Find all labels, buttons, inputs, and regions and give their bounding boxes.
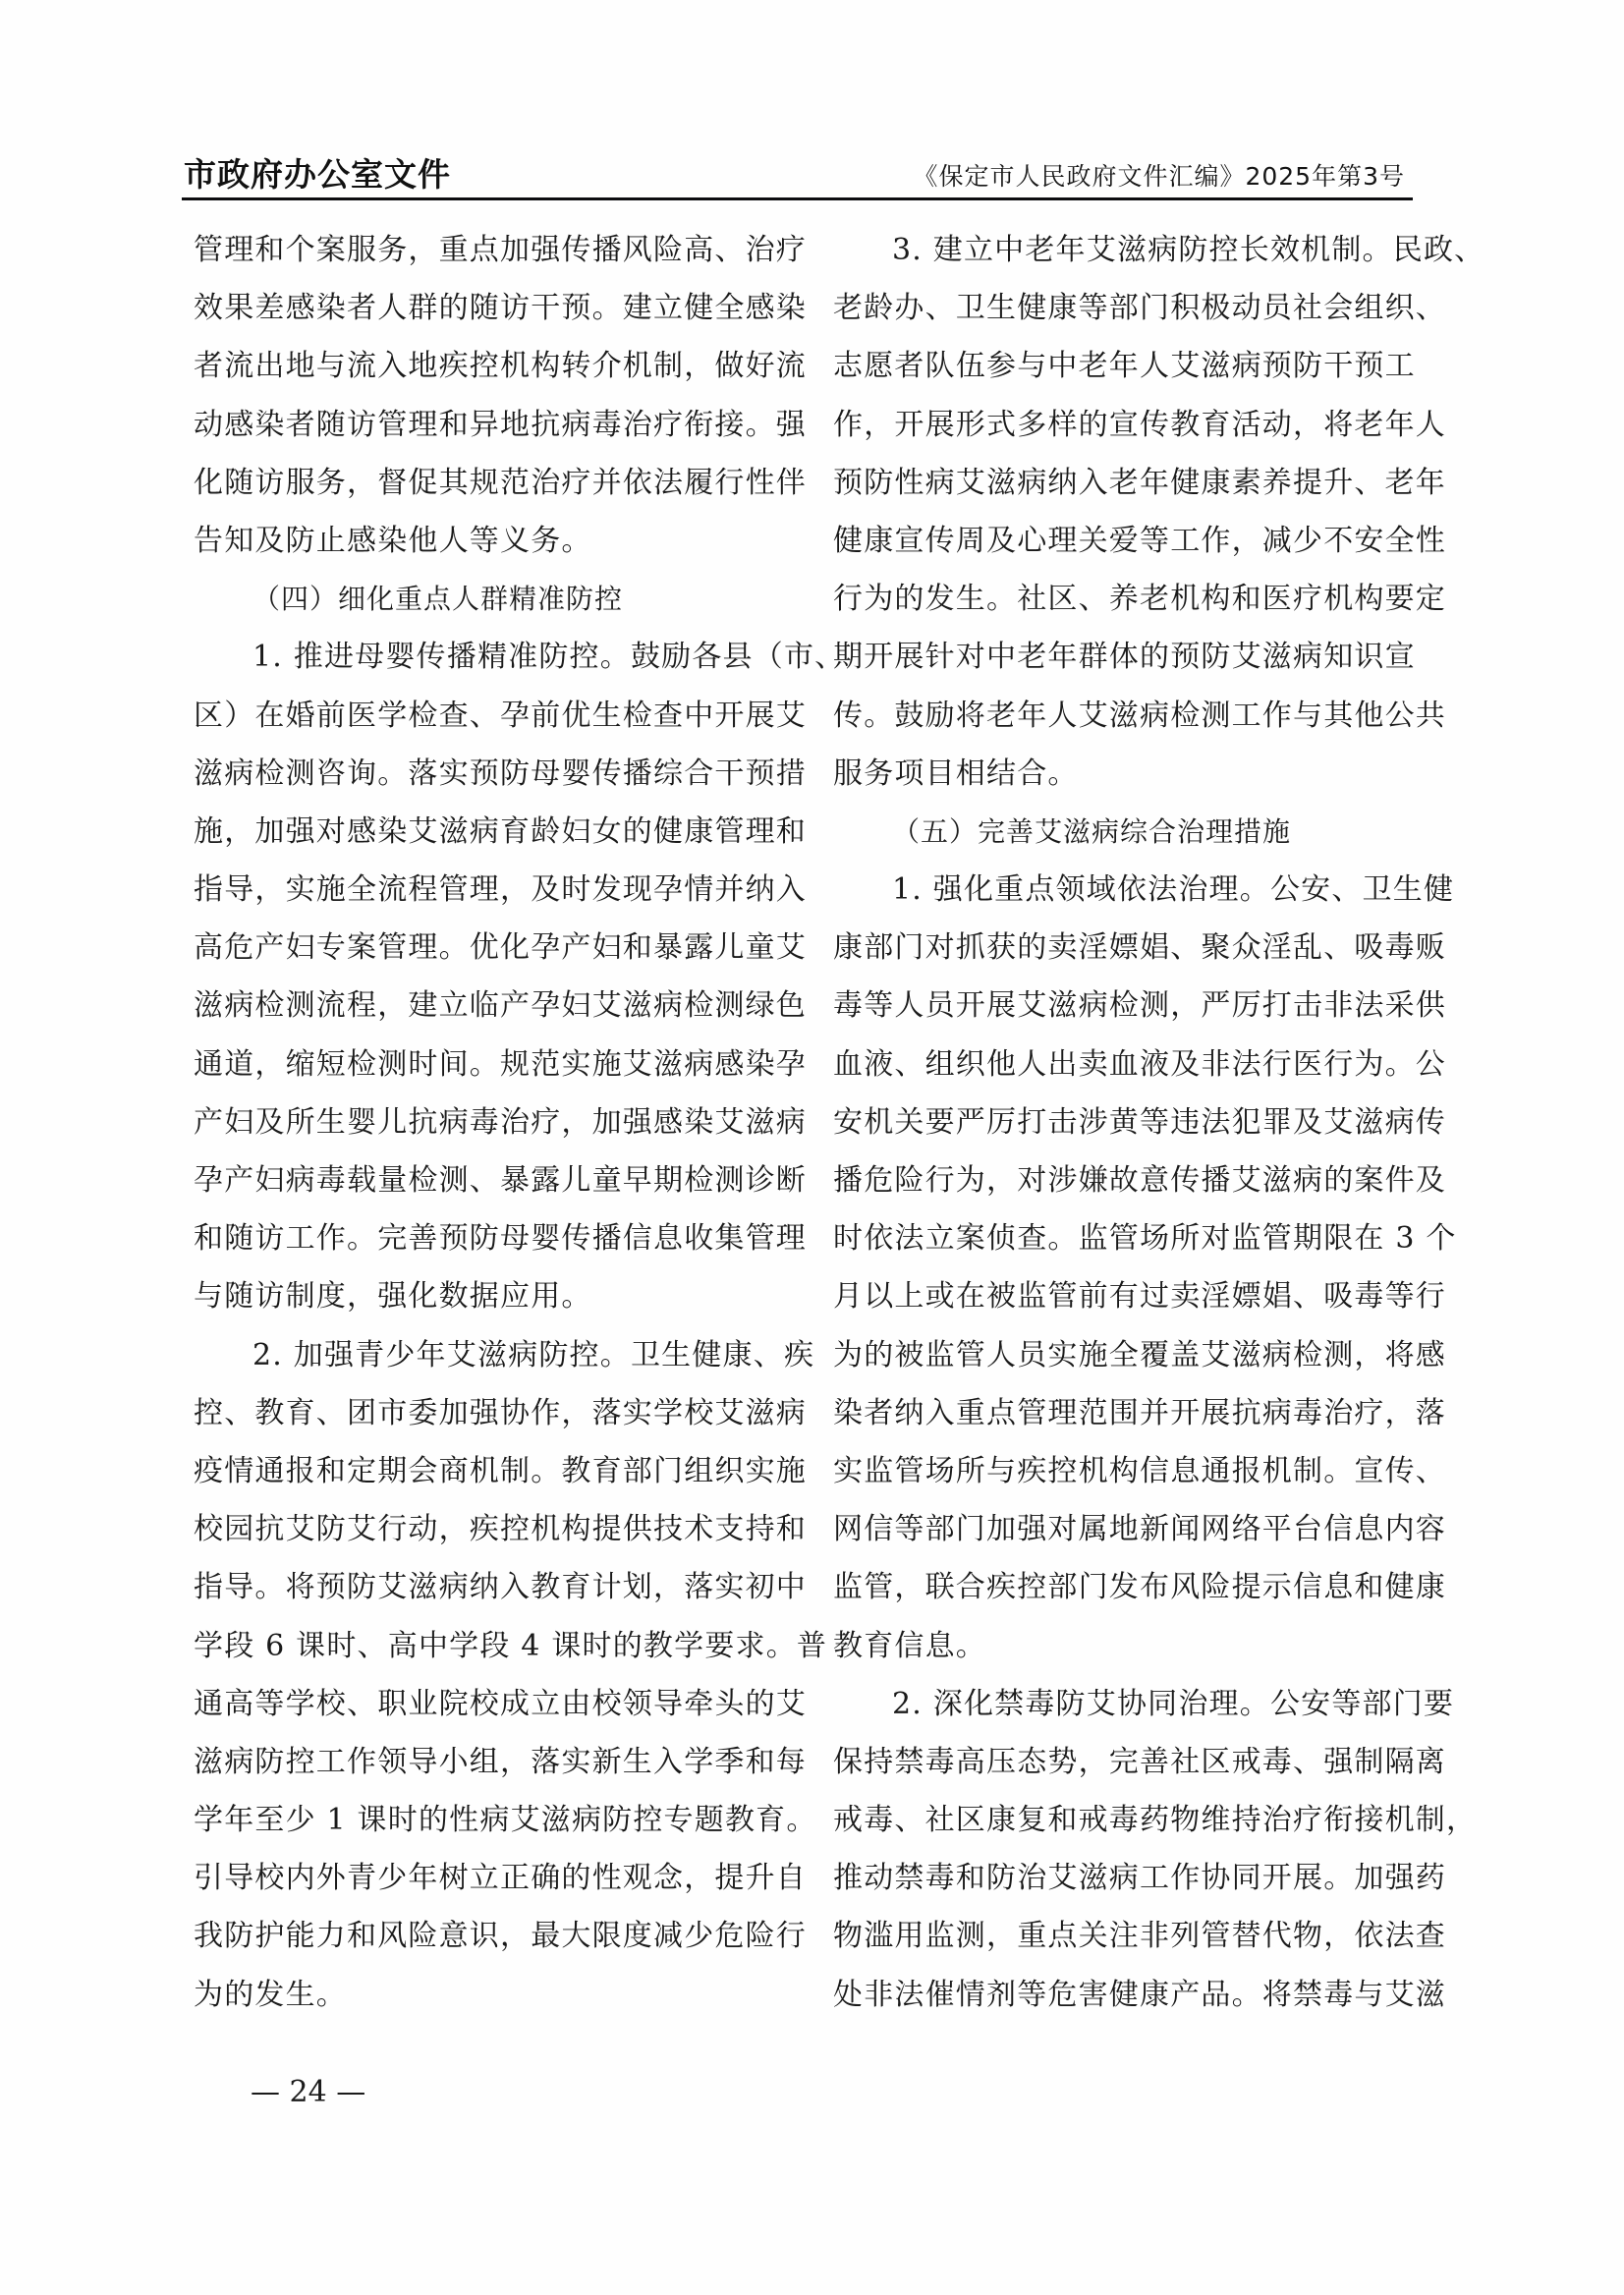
text-line: 服务项目相结合。 bbox=[833, 745, 1442, 803]
text-line: 我防护能力和风险意识，最大限度减少危险行 bbox=[194, 1907, 803, 1965]
text-line: 滋病防控工作领导小组，落实新生入学季和每 bbox=[194, 1733, 803, 1791]
text-line: 时依法立案侦查。监管场所对监管期限在 3 个 bbox=[833, 1209, 1442, 1267]
text-line: 学年至少 1 课时的性病艾滋病防控专题教育。 bbox=[194, 1791, 803, 1849]
text-line: 毒等人员开展艾滋病检测，严厉打击非法采供 bbox=[833, 977, 1442, 1035]
text-line: 健康宣传周及心理关爱等工作，减少不安全性 bbox=[833, 512, 1442, 570]
text-line: 孕产妇病毒载量检测、暴露儿童早期检测诊断 bbox=[194, 1151, 803, 1209]
left-text-column: 管理和个案服务，重点加强传播风险高、治疗效果差感染者人群的随访干预。建立健全感染… bbox=[194, 221, 803, 2024]
text-line: 滋病检测咨询。落实预防母婴传播综合干预措 bbox=[194, 745, 803, 803]
text-line: 1. 推进母婴传播精准防控。鼓励各县（市、 bbox=[194, 628, 803, 686]
text-line: 管理和个案服务，重点加强传播风险高、治疗 bbox=[194, 221, 803, 279]
text-line: 2. 加强青少年艾滋病防控。卫生健康、疾 bbox=[194, 1326, 803, 1384]
section-heading: （五）完善艾滋病综合治理措施 bbox=[833, 803, 1442, 861]
text-line: 疫情通报和定期会商机制。教育部门组织实施 bbox=[194, 1442, 803, 1500]
text-line: 传。鼓励将老年人艾滋病检测工作与其他公共 bbox=[833, 687, 1442, 745]
text-line: 区）在婚前医学检查、孕前优生检查中开展艾 bbox=[194, 687, 803, 745]
text-line: 染者纳入重点管理范围并开展抗病毒治疗，落 bbox=[833, 1384, 1442, 1442]
text-line: 实监管场所与疾控机构信息通报机制。宣传、 bbox=[833, 1442, 1442, 1500]
text-line: 播危险行为，对涉嫌故意传播艾滋病的案件及 bbox=[833, 1151, 1442, 1209]
text-line: 作，开展形式多样的宣传教育活动，将老年人 bbox=[833, 396, 1442, 454]
header-office-title: 市政府办公室文件 bbox=[184, 155, 451, 195]
section-heading: （四）细化重点人群精准防控 bbox=[194, 570, 803, 628]
text-line: 动感染者随访管理和异地抗病毒治疗衔接。强 bbox=[194, 396, 803, 454]
text-line: 月以上或在被监管前有过卖淫嫖娼、吸毒等行 bbox=[833, 1267, 1442, 1325]
text-line: 保持禁毒高压态势，完善社区戒毒、强制隔离 bbox=[833, 1733, 1442, 1791]
text-line: 效果差感染者人群的随访干预。建立健全感染 bbox=[194, 279, 803, 337]
text-line: 高危产妇专案管理。优化孕产妇和暴露儿童艾 bbox=[194, 919, 803, 977]
text-line: 教育信息。 bbox=[833, 1617, 1442, 1675]
text-line: 推动禁毒和防治艾滋病工作协同开展。加强药 bbox=[833, 1849, 1442, 1907]
text-line: 通道，缩短检测时间。规范实施艾滋病感染孕 bbox=[194, 1036, 803, 1093]
text-line: 指导。将预防艾滋病纳入教育计划，落实初中 bbox=[194, 1558, 803, 1616]
text-line: 控、教育、团市委加强协作，落实学校艾滋病 bbox=[194, 1384, 803, 1442]
text-line: 者流出地与流入地疾控机构转介机制，做好流 bbox=[194, 337, 803, 395]
text-line: 行为的发生。社区、养老机构和医疗机构要定 bbox=[833, 570, 1442, 628]
text-line: 指导，实施全流程管理，及时发现孕情并纳入 bbox=[194, 861, 803, 919]
running-header: 市政府办公室文件 《保定市人民政府文件汇编》2025年第3号 bbox=[182, 155, 1413, 200]
document-page: 市政府办公室文件 《保定市人民政府文件汇编》2025年第3号 管理和个案服务，重… bbox=[0, 0, 1624, 2295]
page-number: — 24 — bbox=[251, 2073, 365, 2112]
text-line: 老龄办、卫生健康等部门积极动员社会组织、 bbox=[833, 279, 1442, 337]
right-text-column: 3. 建立中老年艾滋病防控长效机制。民政、老龄办、卫生健康等部门积极动员社会组织… bbox=[833, 221, 1442, 2024]
text-line: 网信等部门加强对属地新闻网络平台信息内容 bbox=[833, 1500, 1442, 1558]
text-line: 处非法催情剂等危害健康产品。将禁毒与艾滋 bbox=[833, 1966, 1442, 2024]
text-line: 施，加强对感染艾滋病育龄妇女的健康管理和 bbox=[194, 803, 803, 861]
text-line: 告知及防止感染他人等义务。 bbox=[194, 512, 803, 570]
text-line: 化随访服务，督促其规范治疗并依法履行性伴 bbox=[194, 454, 803, 512]
text-line: 康部门对抓获的卖淫嫖娼、聚众淫乱、吸毒贩 bbox=[833, 919, 1442, 977]
text-line: 期开展针对中老年群体的预防艾滋病知识宣 bbox=[833, 628, 1442, 686]
text-line: 血液、组织他人出卖血液及非法行医行为。公 bbox=[833, 1036, 1442, 1093]
text-line: 学段 6 课时、高中学段 4 课时的教学要求。普 bbox=[194, 1617, 803, 1675]
text-line: 预防性病艾滋病纳入老年健康素养提升、老年 bbox=[833, 454, 1442, 512]
text-line: 为的被监管人员实施全覆盖艾滋病检测，将感 bbox=[833, 1326, 1442, 1384]
text-line: 产妇及所生婴儿抗病毒治疗，加强感染艾滋病 bbox=[194, 1093, 803, 1151]
text-line: 1. 强化重点领域依法治理。公安、卫生健 bbox=[833, 861, 1442, 919]
text-line: 与随访制度，强化数据应用。 bbox=[194, 1267, 803, 1325]
text-line: 安机关要严厉打击涉黄等违法犯罪及艾滋病传 bbox=[833, 1093, 1442, 1151]
text-line: 志愿者队伍参与中老年人艾滋病预防干预工 bbox=[833, 337, 1442, 395]
text-line: 2. 深化禁毒防艾协同治理。公安等部门要 bbox=[833, 1675, 1442, 1733]
text-line: 3. 建立中老年艾滋病防控长效机制。民政、 bbox=[833, 221, 1442, 279]
text-line: 为的发生。 bbox=[194, 1966, 803, 2024]
header-publication-title: 《保定市人民政府文件汇编》2025年第3号 bbox=[913, 159, 1405, 195]
text-line: 监管，联合疾控部门发布风险提示信息和健康 bbox=[833, 1558, 1442, 1616]
text-line: 物滥用监测，重点关注非列管替代物，依法查 bbox=[833, 1907, 1442, 1965]
text-line: 通高等学校、职业院校成立由校领导牵头的艾 bbox=[194, 1675, 803, 1733]
text-line: 引导校内外青少年树立正确的性观念，提升自 bbox=[194, 1849, 803, 1907]
header-divider bbox=[182, 197, 1413, 200]
text-line: 校园抗艾防艾行动，疾控机构提供技术支持和 bbox=[194, 1500, 803, 1558]
text-line: 戒毒、社区康复和戒毒药物维持治疗衔接机制， bbox=[833, 1791, 1442, 1849]
text-line: 滋病检测流程，建立临产孕妇艾滋病检测绿色 bbox=[194, 977, 803, 1035]
text-line: 和随访工作。完善预防母婴传播信息收集管理 bbox=[194, 1209, 803, 1267]
